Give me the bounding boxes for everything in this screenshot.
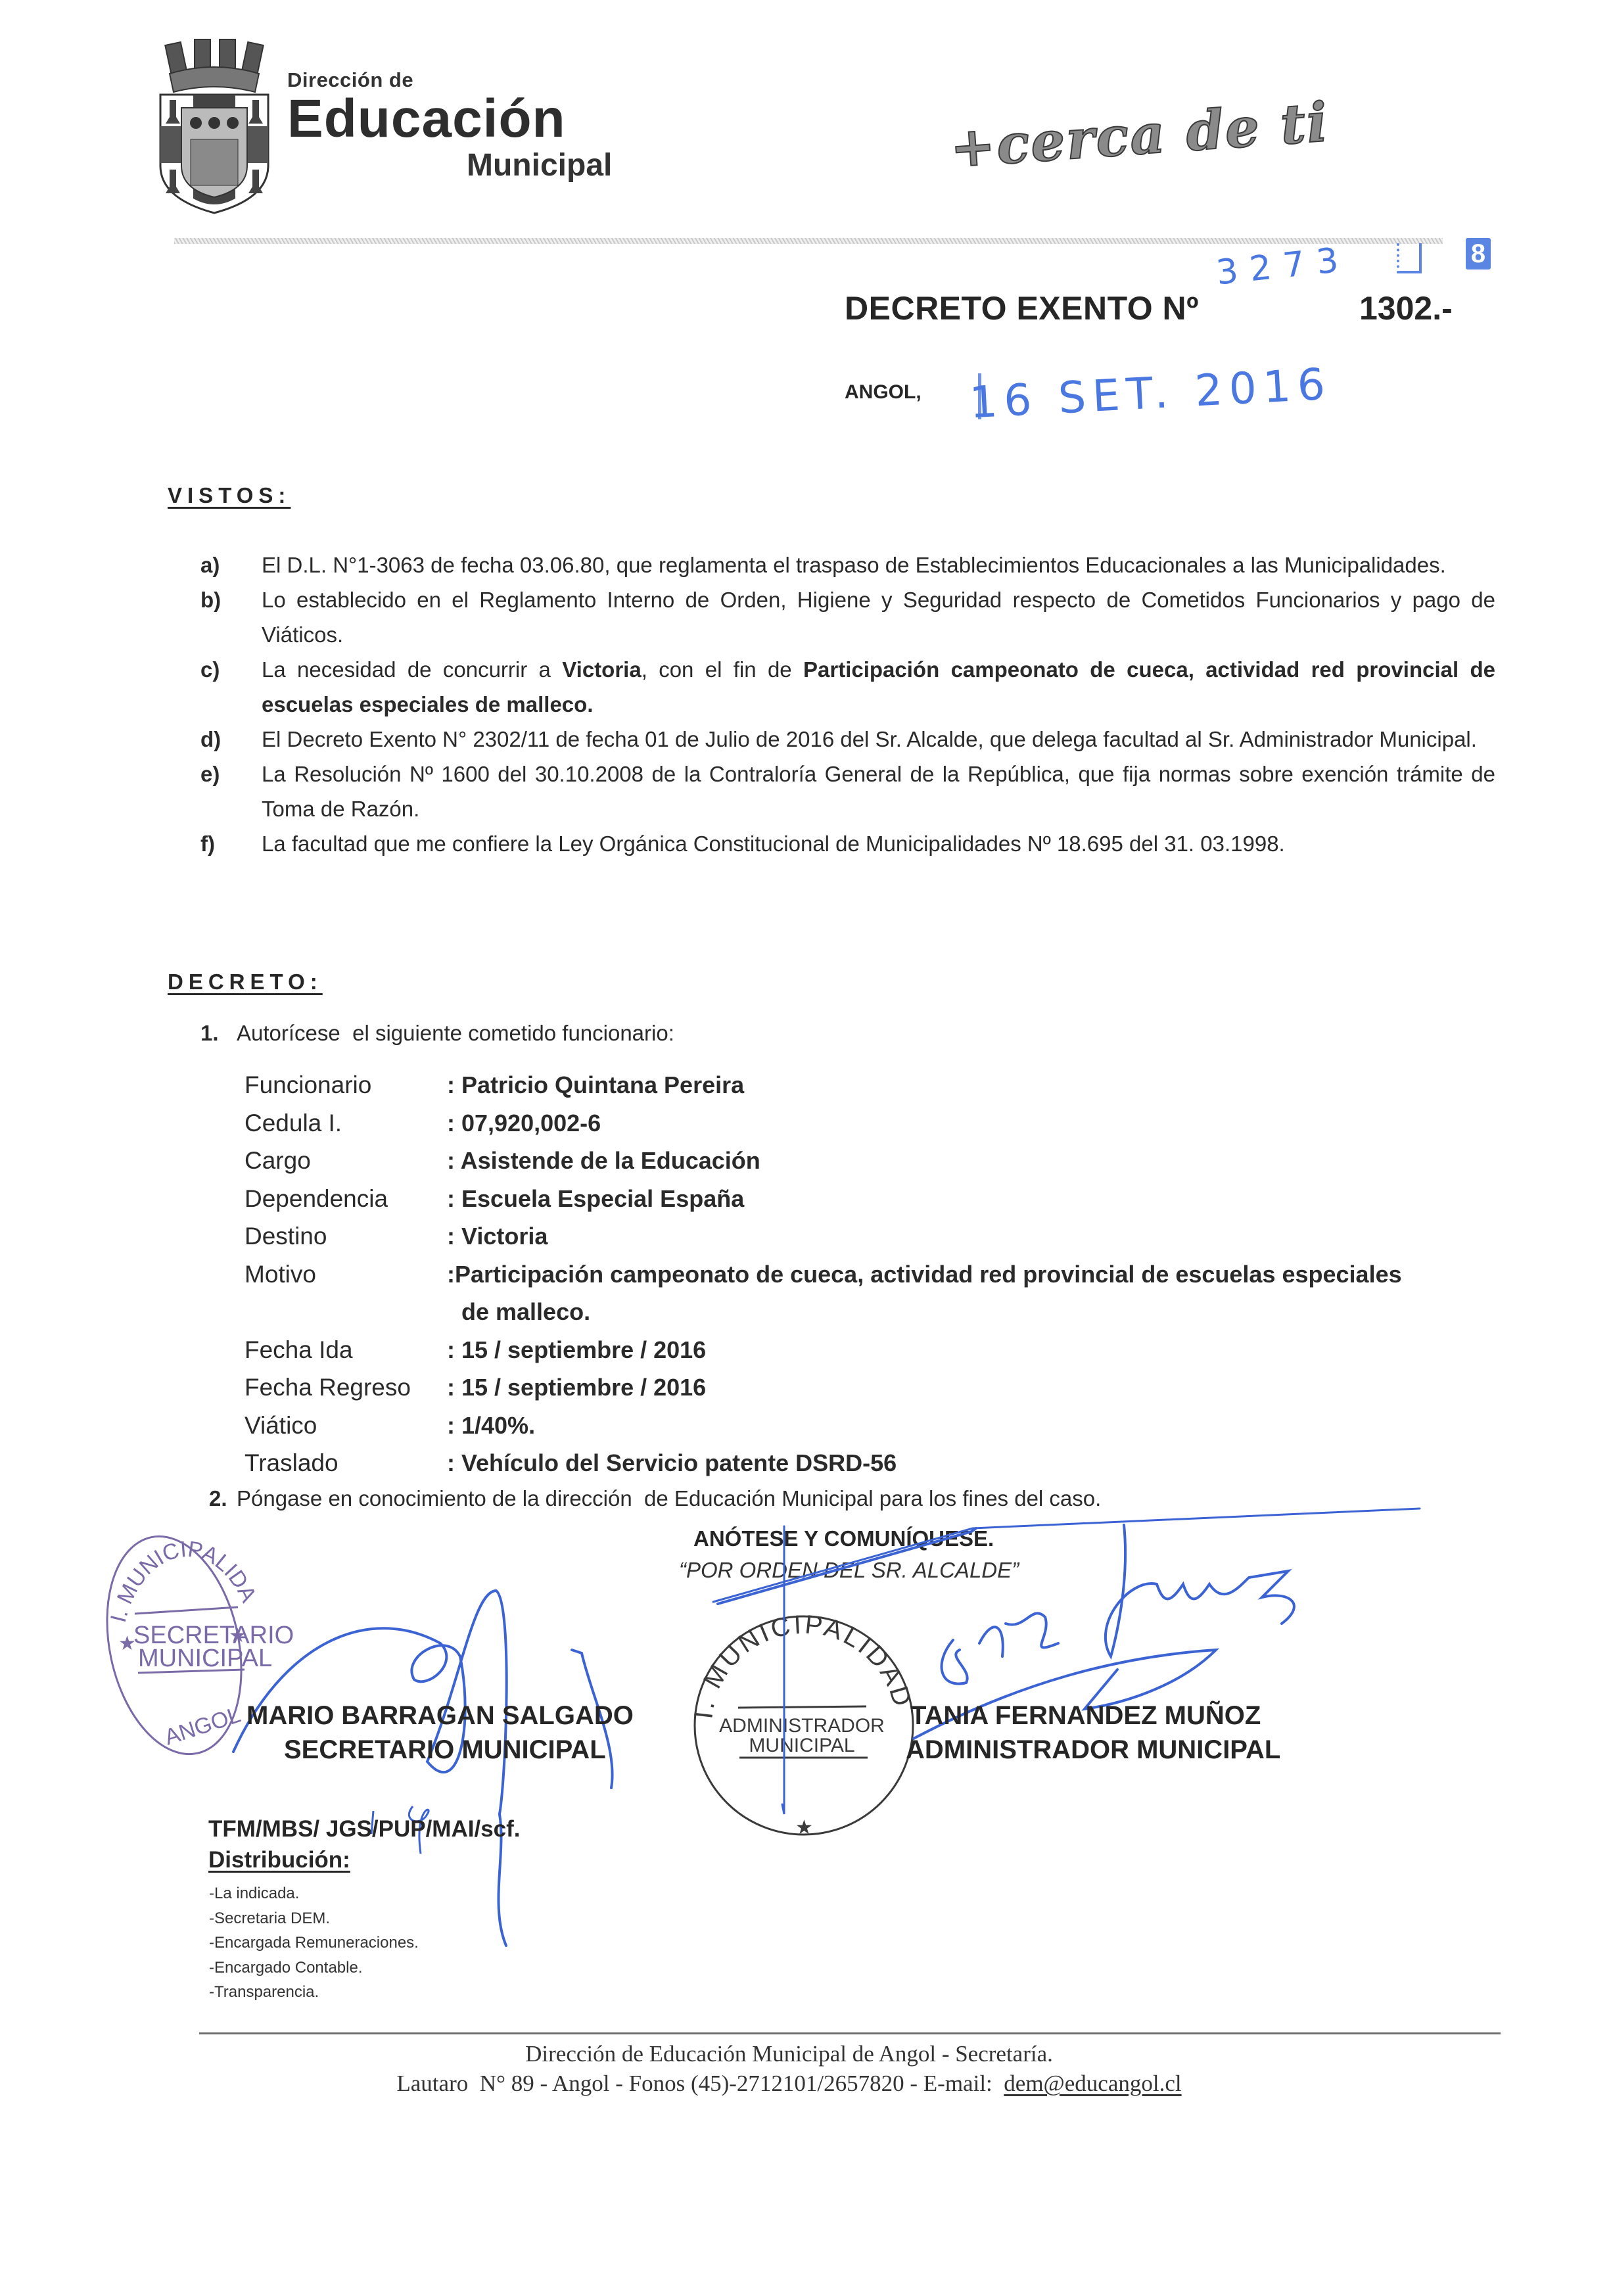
- distribution-item: -La indicada.: [209, 1881, 419, 1906]
- item-text: Lo establecido en el Reglamento Interno …: [262, 582, 1495, 652]
- detail-row: Traslado: Vehículo del Servicio patente …: [245, 1444, 1497, 1482]
- vistos-item: d)El Decreto Exento N° 2302/11 de fecha …: [200, 722, 1495, 757]
- item-label: a): [200, 548, 262, 582]
- footer-office: Dirección de Educación Municipal de Ango…: [0, 2041, 1611, 2067]
- distribution-list: -La indicada.-Secretaria DEM.-Encargada …: [209, 1881, 419, 2005]
- administrator-title: ADMINISTRADOR MUNICIPAL: [906, 1735, 1280, 1765]
- date-stamp: 16 SET. 2016: [968, 359, 1332, 429]
- detail-key: Cedula I.: [245, 1104, 447, 1142]
- decree-point-2: 2. Póngase en conocimiento de la direcci…: [209, 1481, 1101, 1516]
- svg-text:★: ★: [795, 1817, 813, 1839]
- detail-value: : Escuela Especial España: [447, 1180, 1497, 1218]
- secretary-seal: [88, 1524, 260, 1766]
- distribution-item: -Transparencia.: [209, 1980, 419, 2005]
- item-text: La facultad que me confiere la Ley Orgán…: [262, 826, 1495, 861]
- vistos-item: b)Lo establecido en el Reglamento Intern…: [200, 582, 1495, 652]
- detail-row: Funcionario: Patricio Quintana Pereira: [245, 1066, 1497, 1104]
- detail-key: Destino: [245, 1217, 447, 1255]
- footer-address: Lautaro N° 89 - Angol - Fonos (45)-27121…: [396, 2071, 1004, 2096]
- item-label: e): [200, 757, 262, 826]
- secretary-seal-mid-2: MUNICIPAL: [138, 1645, 272, 1672]
- detail-value: : Vehículo del Servicio patente DSRD-56: [447, 1444, 1497, 1482]
- detail-row: Motivo:Participación campeonato de cueca…: [245, 1255, 1497, 1331]
- detail-row: Viático: 1/40%.: [245, 1407, 1497, 1445]
- detail-value: : 07,920,002-6: [447, 1104, 1497, 1142]
- registry-digit-stamp: 8: [1466, 238, 1491, 269]
- distribution-item: -Encargada Remuneraciones.: [209, 1931, 419, 1956]
- decreto-heading: DECRETO:: [168, 970, 323, 995]
- distribution-item: -Encargado Contable.: [209, 1956, 419, 1980]
- vistos-item: f)La facultad que me confiere la Ley Org…: [200, 826, 1495, 861]
- detail-key: Motivo: [245, 1255, 447, 1331]
- vistos-item: e)La Resolución Nº 1600 del 30.10.2008 d…: [200, 757, 1495, 826]
- brand-municipal: Municipal: [467, 150, 612, 181]
- vistos-heading: VISTOS:: [168, 483, 291, 508]
- item-text: El Decreto Exento N° 2302/11 de fecha 01…: [262, 722, 1495, 757]
- detail-value: : Asistende de la Educación: [447, 1142, 1497, 1180]
- detail-key: Fecha Ida: [245, 1331, 447, 1369]
- vistos-list: a)El D.L. N°1-3063 de fecha 03.06.80, qu…: [200, 548, 1495, 861]
- brand-educacion: Educación: [287, 92, 566, 146]
- distribution-heading: Distribución:: [208, 1847, 350, 1873]
- anotese-comuniquese: ANÓTESE Y COMUNÍQUESE.: [693, 1526, 994, 1551]
- decree-number: 1302.-: [1359, 289, 1453, 327]
- decree-city: ANGOL,: [845, 381, 922, 404]
- item-label: b): [200, 582, 262, 652]
- point-number: 2.: [209, 1481, 237, 1516]
- registry-number-stamp: 3273: [1214, 239, 1351, 293]
- point-text: Autorícese el siguiente cometido funcion…: [237, 1016, 674, 1050]
- footer-contact: Lautaro N° 89 - Angol - Fonos (45)-27121…: [0, 2071, 1611, 2097]
- secretary-title: SECRETARIO MUNICIPAL: [284, 1735, 606, 1765]
- point-text: Póngase en conocimiento de la dirección …: [237, 1481, 1101, 1516]
- municipal-crest-logo: [156, 34, 272, 217]
- por-orden-del-alcalde: “POR ORDEN DEL SR. ALCALDE”: [679, 1558, 1019, 1583]
- administrator-seal-mid-2: MUNICIPAL: [749, 1735, 854, 1756]
- detail-key: Funcionario: [245, 1066, 447, 1104]
- administrator-seal-mid-1: ADMINISTRADOR: [719, 1715, 885, 1737]
- detail-row: Fecha Ida: 15 / septiembre / 2016: [245, 1331, 1497, 1369]
- administrator-name: TANIA FERNANDEZ MUÑOZ: [910, 1701, 1261, 1731]
- secretary-name: MARIO BARRAGAN SALGADO: [246, 1701, 634, 1731]
- commission-details: Funcionario: Patricio Quintana PereiraCe…: [245, 1066, 1497, 1482]
- detail-row: Cargo: Asistende de la Educación: [245, 1142, 1497, 1180]
- item-text: La Resolución Nº 1600 del 30.10.2008 de …: [262, 757, 1495, 826]
- administrator-signature: [713, 1509, 1420, 1814]
- detail-row: Destino: Victoria: [245, 1217, 1497, 1255]
- detail-value: :Participación campeonato de cueca, acti…: [447, 1255, 1497, 1331]
- decree-title: DECRETO EXENTO Nº: [845, 289, 1199, 327]
- point-number: 1.: [200, 1016, 237, 1050]
- vistos-item: a)El D.L. N°1-3063 de fecha 03.06.80, qu…: [200, 548, 1495, 582]
- detail-value: : 15 / septiembre / 2016: [447, 1331, 1497, 1369]
- item-label: f): [200, 826, 262, 861]
- header-divider: [174, 238, 1443, 244]
- detail-row: Dependencia: Escuela Especial España: [245, 1180, 1497, 1218]
- administrator-seal: [695, 1616, 913, 1835]
- secretary-seal-bottom: ANGOL: [162, 1702, 244, 1750]
- svg-text:★: ★: [118, 1633, 136, 1654]
- footer-divider: [199, 2032, 1501, 2034]
- detail-key: Fecha Regreso: [245, 1369, 447, 1407]
- detail-key: Dependencia: [245, 1180, 447, 1218]
- detail-value: : Patricio Quintana Pereira: [447, 1066, 1497, 1104]
- detail-value: : 15 / septiembre / 2016: [447, 1369, 1497, 1407]
- item-text: La necesidad de concurrir a Victoria, co…: [262, 652, 1495, 722]
- detail-key: Viático: [245, 1407, 447, 1445]
- detail-value: : 1/40%.: [447, 1407, 1497, 1445]
- item-label: d): [200, 722, 262, 757]
- svg-text:★: ★: [229, 1625, 246, 1647]
- registry-stamp-box: [1397, 243, 1422, 273]
- decree-point-1: 1. Autorícese el siguiente cometido func…: [200, 1016, 674, 1050]
- item-text: El D.L. N°1-3063 de fecha 03.06.80, que …: [262, 548, 1495, 582]
- detail-key: Cargo: [245, 1142, 447, 1180]
- detail-row: Cedula I.: 07,920,002-6: [245, 1104, 1497, 1142]
- distribution-item: -Secretaria DEM.: [209, 1906, 419, 1931]
- detail-key: Traslado: [245, 1444, 447, 1482]
- responsibility-initials: TFM/MBS/ JGS/PUP/MAI/scf.: [208, 1816, 521, 1842]
- detail-value: : Victoria: [447, 1217, 1497, 1255]
- slogan: +cerca de ti: [948, 91, 1330, 180]
- footer-email-link[interactable]: dem@educangol.cl: [1004, 2071, 1181, 2096]
- detail-row: Fecha Regreso: 15 / septiembre / 2016: [245, 1369, 1497, 1407]
- secretary-seal-mid-1: SECRETARIO: [133, 1622, 294, 1649]
- item-label: c): [200, 652, 262, 722]
- vistos-item: c)La necesidad de concurrir a Victoria, …: [200, 652, 1495, 722]
